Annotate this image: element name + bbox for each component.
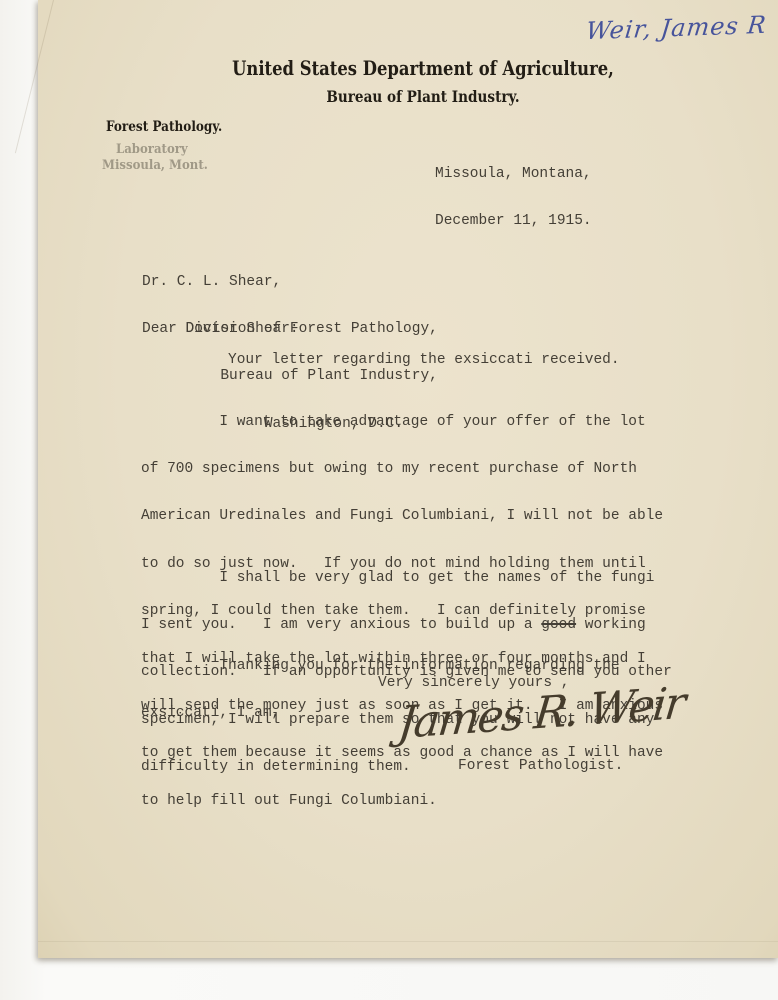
letter-page: Weir, James R United States Department o… bbox=[38, 0, 778, 958]
letterhead-subtitle: Bureau of Plant Industry. bbox=[121, 87, 725, 106]
body-line: Thanking you for the information regardi… bbox=[141, 659, 620, 675]
letterhead: United States Department of Agriculture,… bbox=[68, 56, 778, 106]
office-name: Forest Pathology. bbox=[106, 119, 222, 135]
place-date-block: Missoula, Montana, December 11, 1915. bbox=[435, 135, 592, 261]
body-line: of 700 specimens but owing to my recent … bbox=[141, 462, 663, 478]
place-line: Missoula, Montana, bbox=[435, 167, 592, 183]
letterhead-title: United States Department of Agriculture, bbox=[132, 56, 714, 80]
recipient-line: Dr. C. L. Shear, bbox=[142, 275, 438, 291]
body-line: I shall be very glad to get the names of… bbox=[141, 571, 672, 587]
signer-title: Forest Pathologist. bbox=[458, 759, 623, 775]
handwritten-annotation: Weir, James R bbox=[585, 11, 768, 45]
stamp-laboratory: Laboratory bbox=[116, 142, 188, 157]
body-line: American Uredinales and Fungi Columbiani… bbox=[141, 509, 663, 525]
body-line: I want to take advantage of your offer o… bbox=[141, 415, 663, 431]
paragraph-1: Your letter regarding the exsiccati rece… bbox=[141, 353, 620, 369]
paper-bottom-crease bbox=[38, 941, 778, 942]
date-line: December 11, 1915. bbox=[435, 214, 592, 230]
salutation: Dear Doctor Shear: bbox=[142, 322, 299, 338]
stamp-location: Missoula, Mont. bbox=[102, 158, 208, 173]
